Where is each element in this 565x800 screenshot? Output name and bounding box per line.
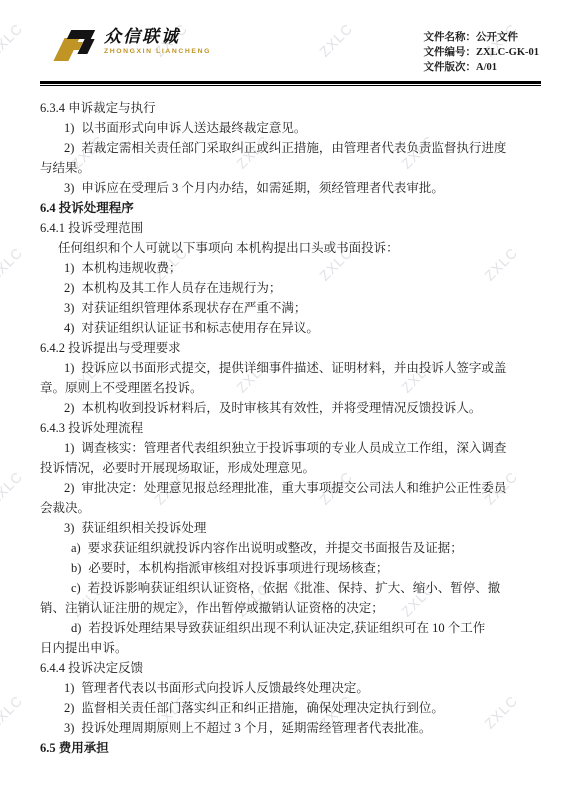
numbered-item: 2)若裁定需相关责任部门采取纠正或纠正措施，由管理者代表负责监督执行进度 与结果… xyxy=(40,138,539,178)
file-version-label: 文件版次： xyxy=(424,62,477,73)
item-marker: 4) xyxy=(64,321,74,335)
file-version-value: A/01 xyxy=(476,62,497,73)
item-text: 若投诉处理结果导致获证组织出现不利认证决定,获证组织可在 10 个工作 日内提出… xyxy=(40,621,485,655)
item-text: 本机构及其工作人员存在违规行为； xyxy=(81,281,281,295)
item-marker: 1) xyxy=(64,261,74,275)
lettered-item: d)若投诉处理结果导致获证组织出现不利认证决定,获证组织可在 10 个工作 日内… xyxy=(40,618,539,658)
file-number-label: 文件编号： xyxy=(424,47,477,58)
file-name-value: 公开文件 xyxy=(476,32,518,43)
header-rule xyxy=(40,81,541,86)
numbered-item: 2)本机构及其工作人员存在违规行为； xyxy=(40,278,539,298)
item-text: 投诉应以书面形式提交，提供详细事件描述、证明材料，并由投诉人签字或盖 章。原则上… xyxy=(40,361,506,395)
numbered-item: 1)本机构违规收费； xyxy=(40,258,539,278)
item-text: 监督相关责任部门落实纠正和纠正措施，确保处理决定执行到位。 xyxy=(81,701,444,715)
subsection-heading: 6.3.4 申诉裁定与执行 xyxy=(40,98,539,118)
company-name-cn: 众信联诚 xyxy=(104,28,211,45)
company-name-en: ZHONGXIN LIANCHENG xyxy=(104,49,211,56)
item-text: 投诉处理周期原则上不超过 3 个月，延期需经管理者代表批准。 xyxy=(81,721,431,735)
item-text: 6.4.2 投诉提出与受理要求 xyxy=(40,341,181,355)
item-text: 若投诉影响获证组织认证资格，依据《批准、保持、扩大、缩小、暂停、撤 销、注销认证… xyxy=(40,581,500,615)
item-text: 6.4.1 投诉受理范围 xyxy=(40,221,143,235)
item-marker: 1) xyxy=(64,441,74,455)
company-name: 众信联诚 ZHONGXIN LIANCHENG xyxy=(104,28,211,56)
item-text: 获证组织相关投诉处理 xyxy=(81,521,206,535)
lettered-item: c)若投诉影响获证组织认证资格，依据《批准、保持、扩大、缩小、暂停、撤 销、注销… xyxy=(40,578,539,618)
item-marker: b) xyxy=(71,561,81,575)
numbered-item: 1)管理者代表以书面形式向投诉人反馈最终处理决定。 xyxy=(40,678,539,698)
subsection-heading: 6.4.2 投诉提出与受理要求 xyxy=(40,338,539,358)
item-marker: 2) xyxy=(64,701,74,715)
item-text: 本机构收到投诉材料后，及时审核其有效性，并将受理情况反馈投诉人。 xyxy=(81,401,481,415)
item-marker: 3) xyxy=(64,521,74,535)
item-text: 申诉应在受理后 3 个月内办结，如需延期，须经管理者代表审批。 xyxy=(81,181,444,195)
item-marker: c) xyxy=(71,581,81,595)
item-text: 6.4 投诉处理程序 xyxy=(40,201,134,215)
file-name-label: 文件名称： xyxy=(424,32,477,43)
item-text: 管理者代表以书面形式向投诉人反馈最终处理决定。 xyxy=(81,681,369,695)
item-marker: 2) xyxy=(64,281,74,295)
subsection-heading: 6.4.3 投诉处理流程 xyxy=(40,418,539,438)
item-text: 本机构违规收费； xyxy=(81,261,181,275)
numbered-item: 3)申诉应在受理后 3 个月内办结，如需延期，须经管理者代表审批。 xyxy=(40,178,539,198)
item-text: 审批决定：处理意见报总经理批准，重大事项提交公司法人和维护公正性委员 会裁决。 xyxy=(40,481,506,515)
file-version-row: 文件版次：A/01 xyxy=(424,60,540,75)
subsection-heading: 6.4.1 投诉受理范围 xyxy=(40,218,539,238)
item-marker: 3) xyxy=(64,301,74,315)
file-name-row: 文件名称：公开文件 xyxy=(424,30,540,45)
doc-header: 众信联诚 ZHONGXIN LIANCHENG 文件名称：公开文件 文件编号：Z… xyxy=(0,0,565,75)
numbered-item: 4)对获证组织认证证书和标志使用存在异议。 xyxy=(40,318,539,338)
item-marker: d) xyxy=(71,621,81,635)
item-marker: 3) xyxy=(64,721,74,735)
numbered-item: 2)监督相关责任部门落实纠正和纠正措施，确保处理决定执行到位。 xyxy=(40,698,539,718)
item-marker: 3) xyxy=(64,181,74,195)
file-number-row: 文件编号：ZXLC-GK-01 xyxy=(424,45,540,60)
numbered-item: 3)对获证组织管理体系现状存在严重不满； xyxy=(40,298,539,318)
item-text: 调查核实：管理者代表组织独立于投诉事项的专业人员成立工作组，深入调查 投诉情况，… xyxy=(40,441,506,475)
item-marker: 2) xyxy=(64,401,74,415)
company-logo: 众信联诚 ZHONGXIN LIANCHENG xyxy=(56,28,211,64)
item-text: 必要时，本机构指派审核组对投诉事项进行现场核查； xyxy=(88,561,388,575)
company-logo-icon xyxy=(56,28,98,64)
item-text: 以书面形式向申诉人送达最终裁定意见。 xyxy=(81,121,306,135)
item-text: 对获证组织认证证书和标志使用存在异议。 xyxy=(81,321,319,335)
item-text: 6.4.4 投诉决定反馈 xyxy=(40,661,143,675)
numbered-item: 2)本机构收到投诉材料后，及时审核其有效性，并将受理情况反馈投诉人。 xyxy=(40,398,539,418)
item-text: 任何组织和个人可就以下事项向 本机构提出口头或书面投诉： xyxy=(58,241,399,255)
numbered-item: 1)投诉应以书面形式提交，提供详细事件描述、证明材料，并由投诉人签字或盖 章。原… xyxy=(40,358,539,398)
item-text: 对获证组织管理体系现状存在严重不满； xyxy=(81,301,306,315)
item-marker: 2) xyxy=(64,141,74,155)
item-text: 6.5 费用承担 xyxy=(40,741,109,755)
item-text: 若裁定需相关责任部门采取纠正或纠正措施，由管理者代表负责监督执行进度 与结果。 xyxy=(40,141,506,175)
doc-content: 6.3.4 申诉裁定与执行1)以书面形式向申诉人送达最终裁定意见。2)若裁定需相… xyxy=(0,86,565,758)
lettered-item: b)必要时，本机构指派审核组对投诉事项进行现场核查； xyxy=(40,558,539,578)
paragraph: 任何组织和个人可就以下事项向 本机构提出口头或书面投诉： xyxy=(40,238,539,258)
numbered-item: 3)投诉处理周期原则上不超过 3 个月，延期需经管理者代表批准。 xyxy=(40,718,539,738)
item-text: 6.4.3 投诉处理流程 xyxy=(40,421,143,435)
numbered-item: 3)获证组织相关投诉处理 xyxy=(40,518,539,538)
file-number-value: ZXLC-GK-01 xyxy=(476,47,539,58)
item-text: 要求获证组织就投诉内容作出说明或整改，并提交书面报告及证据； xyxy=(88,541,463,555)
item-marker: 2) xyxy=(64,481,74,495)
subsection-heading: 6.4.4 投诉决定反馈 xyxy=(40,658,539,678)
item-text: 6.3.4 申诉裁定与执行 xyxy=(40,101,156,115)
section-heading: 6.4 投诉处理程序 xyxy=(40,198,539,218)
numbered-item: 1)调查核实：管理者代表组织独立于投诉事项的专业人员成立工作组，深入调查 投诉情… xyxy=(40,438,539,478)
section-heading: 6.5 费用承担 xyxy=(40,738,539,758)
item-marker: 1) xyxy=(64,121,74,135)
file-info-block: 文件名称：公开文件 文件编号：ZXLC-GK-01 文件版次：A/01 xyxy=(424,28,540,75)
numbered-item: 1)以书面形式向申诉人送达最终裁定意见。 xyxy=(40,118,539,138)
lettered-item: a)要求获证组织就投诉内容作出说明或整改，并提交书面报告及证据； xyxy=(40,538,539,558)
document-page: ZXLCZXLCZXLCZXLCZXLCZXLCZXLCZXLCZXLCZXLC… xyxy=(0,0,565,800)
numbered-item: 2)审批决定：处理意见报总经理批准，重大事项提交公司法人和维护公正性委员 会裁决… xyxy=(40,478,539,518)
item-marker: 1) xyxy=(64,681,74,695)
item-marker: 1) xyxy=(64,361,74,375)
item-marker: a) xyxy=(71,541,81,555)
